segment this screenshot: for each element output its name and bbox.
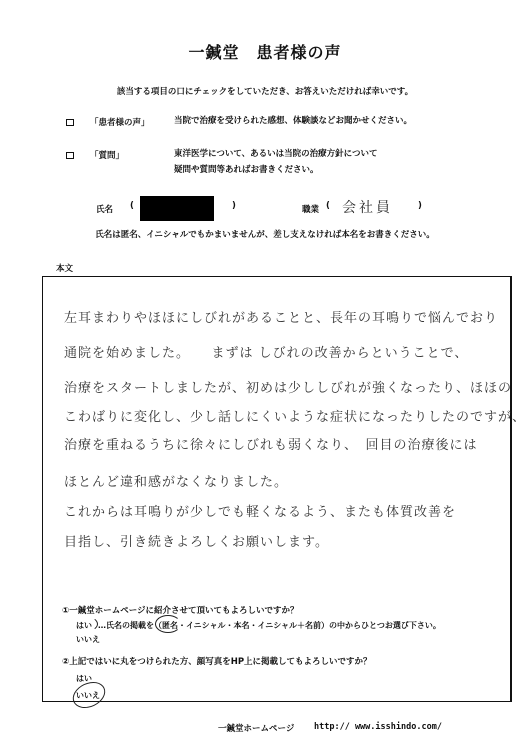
question-1-anonymous-mark (155, 615, 181, 633)
name-field-label: 氏名 (96, 203, 113, 215)
name-note: 氏名は匿名、イニシャルでもかまいませんが、差し支えなければ本名をお書きください。 (0, 228, 530, 240)
question-2-text: ②上記ではいに丸をつけられた方、顔写真をHP上に掲載してもよろしいですか？ (62, 655, 372, 667)
category-question-description-1: 東洋医学について、あるいは当院の治療方針について (174, 146, 378, 162)
body-line-8: 目指し、引き続きよろしくお願いします。 (64, 531, 329, 550)
category-voice-description: 当院で治療を受けられた感想、体験談などお聞かせください。 (174, 113, 412, 129)
question-1-text: ①一鍼堂ホームページに紹介させて頂いてもよろしいですか？ (62, 604, 299, 616)
footer-site-name: 一鍼堂ホームページ (218, 724, 294, 734)
category-voice-label: 「患者様の声」 (90, 116, 150, 128)
instruction-text: 該当する項目の口にチェックをしていただき、お答えいただければ幸いです。 (0, 85, 530, 97)
name-redaction (140, 196, 214, 221)
question-1-no[interactable]: いいえ (76, 634, 100, 645)
question-1-followup: …氏名の掲載を（匿名・イニシャル・本名・イニシャル＋名前）の中からひとつお選び下… (98, 620, 441, 631)
occupation-field-label: 職業 (302, 203, 319, 215)
category-question-description-2: 疑問や質問等あればお書きください。 (174, 162, 319, 178)
body-line-7: これからは耳鳴りが少しでも軽くなるよう、またも体質改善を (64, 501, 456, 520)
name-close-paren: ) (232, 201, 236, 211)
body-line-6: ほとんど違和感がなくなりました。 (64, 471, 288, 490)
body-label: 本文 (56, 262, 73, 274)
checkbox-voice[interactable] (66, 119, 74, 126)
category-question-label: 「質問」 (90, 149, 124, 161)
body-line-5: 治療を重ねるうちに徐々にしびれも弱くなり、 回目の治療後には (64, 434, 478, 453)
body-line-3: 治療をスタートしましたが、初めは少ししびれが強くなったり、ほほの (64, 377, 512, 396)
occupation-value[interactable]: 会社員 (342, 197, 393, 217)
occupation-open-paren: ( (326, 201, 330, 211)
name-open-paren: ( (130, 201, 134, 211)
footer-url[interactable]: http:// www.isshindo.com/ (314, 722, 442, 732)
checkbox-question[interactable] (66, 152, 74, 159)
body-line-1: 左耳まわりやほほにしびれがあることと、長年の耳鳴りで悩んでおり (64, 307, 498, 326)
page-title: 一鍼堂 患者様の声 (0, 40, 530, 63)
footer: 一鍼堂ホームページ http:// www.isshindo.com/ (218, 722, 294, 734)
body-line-4: こわばりに変化し、少し話しにくいような症状になったりしたのですが、 (64, 406, 526, 425)
question-1-yes-mark (72, 616, 98, 632)
body-line-2: 通院を始めました。 まずは しびれの改善からということで、 (64, 342, 468, 361)
occupation-close-paren: ) (418, 201, 422, 211)
